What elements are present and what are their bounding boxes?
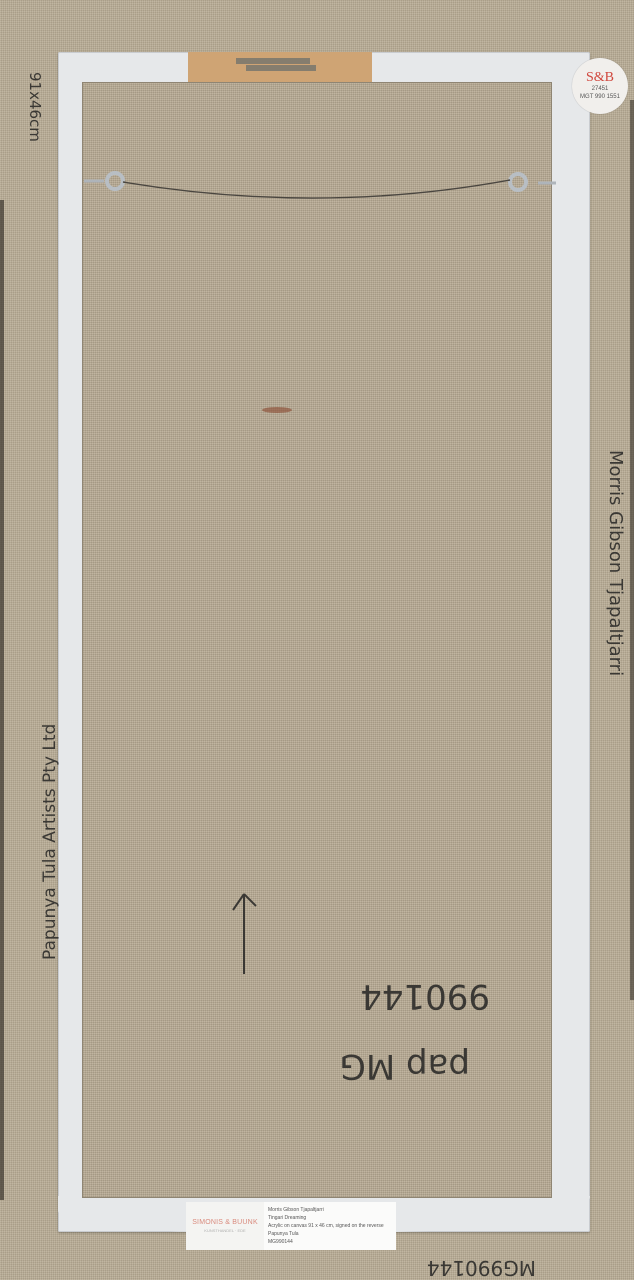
label-line: Morris Gibson Tjapaltjarri [268, 1207, 392, 1214]
label-line: Tingari Dreaming [268, 1215, 392, 1222]
artist-inscription: Morris Gibson Tjapaltjarri [605, 450, 626, 676]
paint-stain [262, 407, 292, 413]
canvas-left-edge [0, 200, 4, 1200]
label-line: MG990144 [268, 1239, 392, 1246]
label-line: Papunya Tula [268, 1231, 392, 1238]
label-line: Acrylic on canvas 91 x 46 cm, signed on … [268, 1223, 392, 1230]
catalogue-number-inscription: 990144 [360, 976, 490, 1016]
label-info: Morris Gibson Tjapaltjarri Tingari Dream… [264, 1202, 396, 1250]
gallery-label: SIMONIS & BUUNK KUNSTHANDEL · EDE Morris… [186, 1202, 396, 1250]
hanging-wire [0, 0, 634, 220]
eye-screw-right-icon [510, 174, 556, 190]
eye-screw-left-icon [84, 173, 123, 189]
code-inscription: pap MG [340, 1046, 471, 1086]
label-brand-name: SIMONIS & BUUNK [192, 1219, 258, 1226]
canvas-back [82, 82, 552, 1198]
size-inscription: 91x46cm [26, 72, 44, 142]
edge-number-inscription: MG990144 [427, 1256, 536, 1280]
label-brand-sub: KUNSTHANDEL · EDE [204, 1228, 245, 1233]
canvas-right-edge [630, 100, 634, 1000]
painting-reverse-photo: S&B 27451 MGT 990 1551 91x46cm Papunya T… [0, 0, 634, 1280]
up-arrow-icon [230, 890, 260, 980]
agency-inscription: Papunya Tula Artists Pty Ltd [40, 724, 60, 960]
label-brand: SIMONIS & BUUNK KUNSTHANDEL · EDE [186, 1202, 264, 1250]
